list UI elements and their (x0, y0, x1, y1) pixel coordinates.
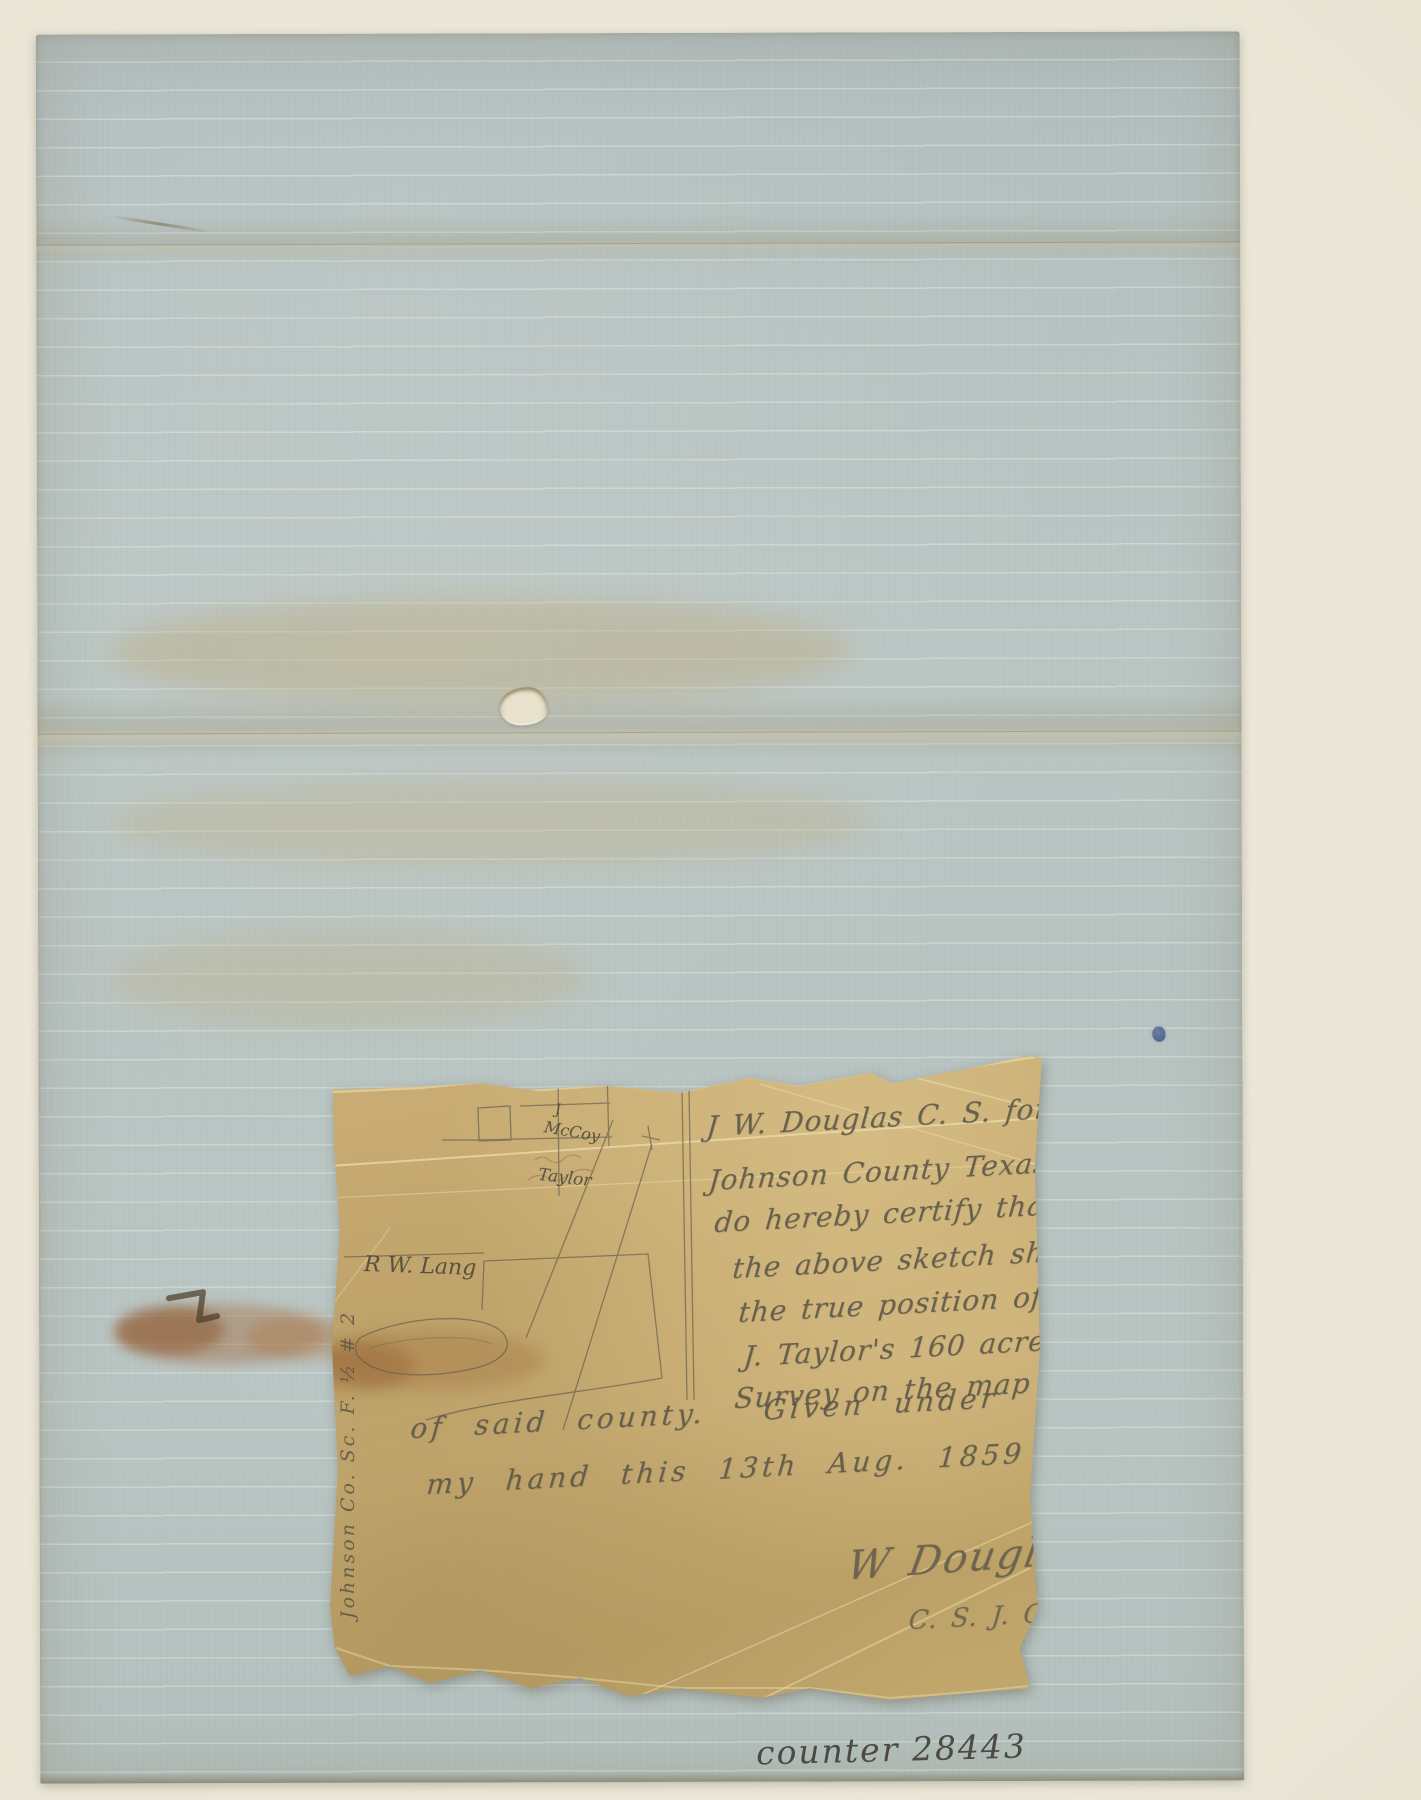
margin-note-vertical: Johnson Co. Sc. F. ½ # 2 (337, 1099, 359, 1619)
fold-crease-middle (37, 693, 1241, 760)
scanned-document-stage: J McCoy Taylor R W. Lang Johnson Co. Sc.… (0, 0, 1421, 1800)
sketch-label-survey-name: R W. Lang (364, 1252, 477, 1281)
stain-band-lower (108, 777, 878, 867)
worm-hole (499, 687, 547, 725)
stain-band-left (110, 928, 590, 1029)
sketch-label-initial: J (555, 1102, 561, 1118)
brown-stain (101, 1272, 341, 1393)
stain-band-upper (107, 595, 852, 707)
counter-annotation: counter 28443 (756, 1726, 1028, 1772)
certificate-scrap-wrap: J McCoy Taylor R W. Lang Johnson Co. Sc.… (330, 1048, 1042, 1700)
brown-stain-shapes (114, 1292, 356, 1365)
blue-ink-dot (1152, 1027, 1165, 1042)
signature-title: C. S. J. C. (907, 1598, 1054, 1636)
fold-crease-top (36, 211, 1240, 266)
certificate-scrap: J McCoy Taylor R W. Lang Johnson Co. Sc.… (330, 1048, 1042, 1700)
